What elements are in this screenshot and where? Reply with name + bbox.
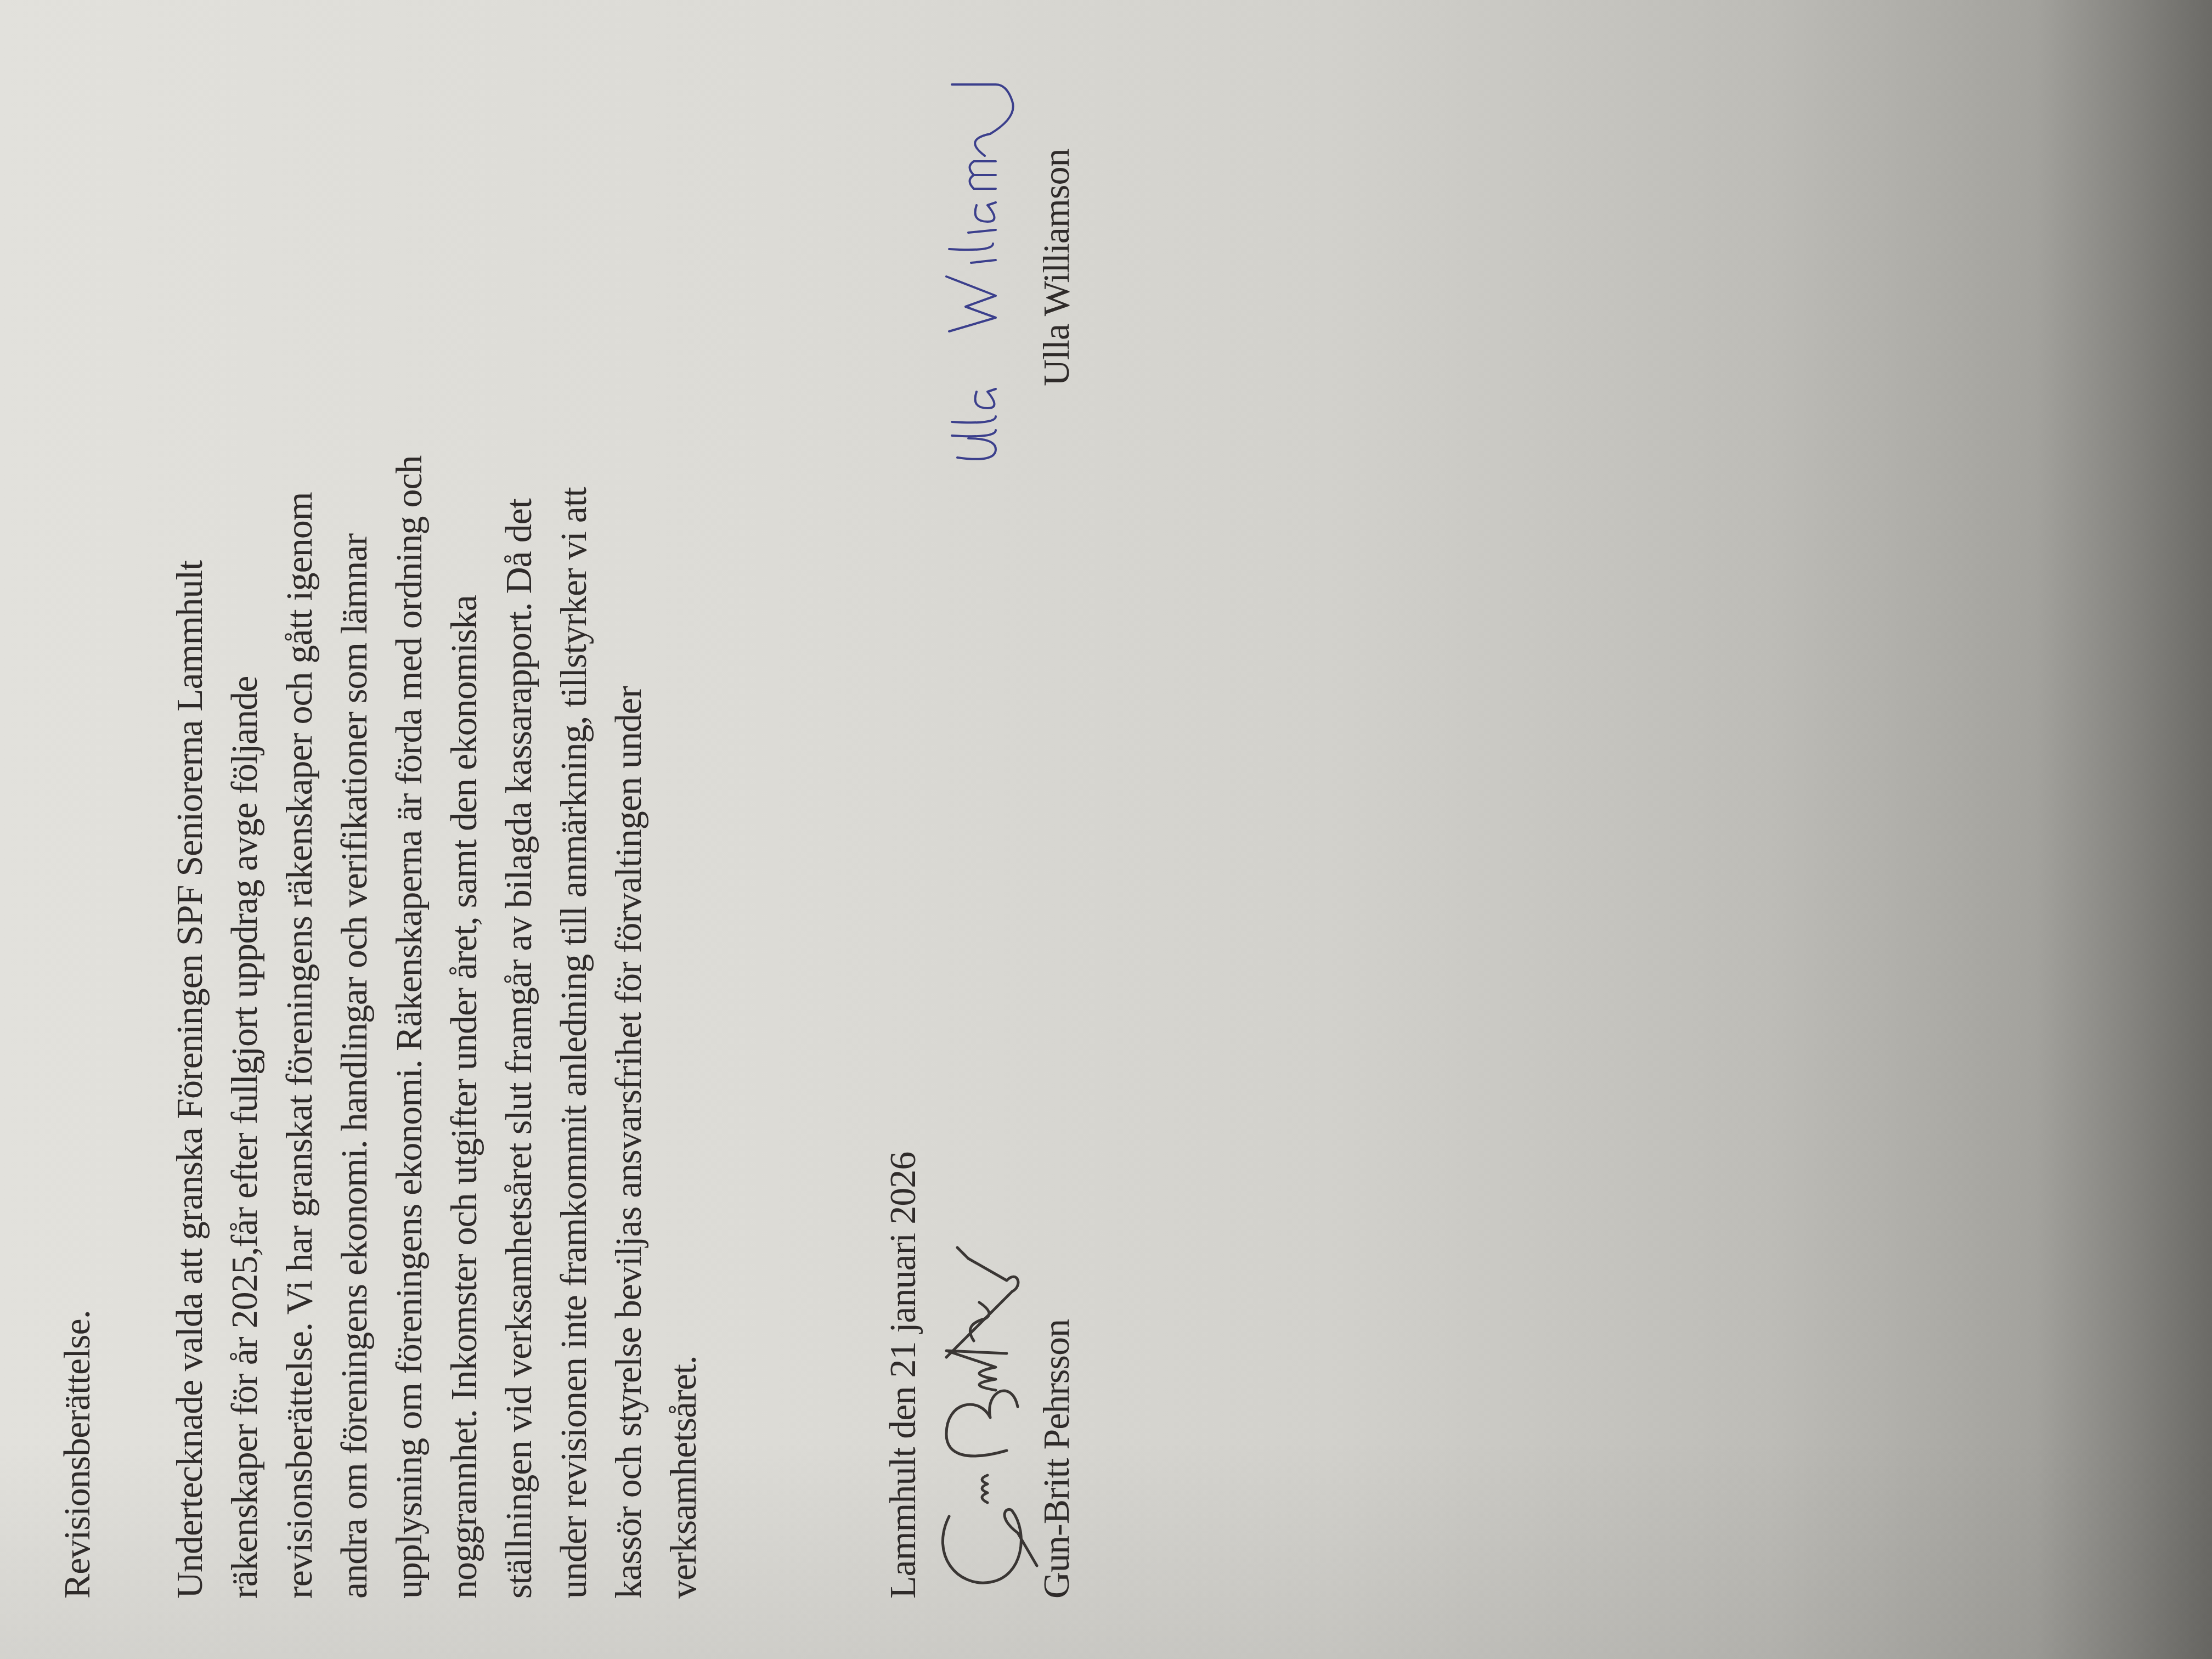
paragraph-line: andra om föreningens ekonomi. handlingar… [326,8,381,1599]
paragraph-line: kassör och styrelse beviljas ansvarsfrih… [601,8,656,1599]
paragraph-line: noggrannhet. Inkomster och utgifter unde… [436,8,491,1599]
paragraph-line: revisionsberättelse. Vi har granskat för… [272,8,326,1599]
signature-block-ulla: Ulla Williamson [935,35,1045,474]
paragraph-line: Undertecknade valda att granska Förening… [162,8,217,1599]
document-title: Revisionsberättelse. [49,8,104,1599]
paragraph-line: under revisionen inte framkommit anledni… [546,8,601,1599]
place-and-date: Lammhult den 21 januari 2026 [875,8,930,1599]
paragraph-line: räkenskaper för år 2025,får efter fullgj… [217,8,272,1599]
signature-block-gun-britt: Gun-Britt Pehrsson [935,1105,1045,1599]
document-page: Revisionsberättelse. Undertecknade valda… [0,0,2212,1659]
paragraph-line: upplysning om föreningens ekonomi. Räken… [381,8,436,1599]
paragraph-line: verksamhetsåret. [656,8,710,1599]
report-paragraph: Undertecknade valda att granska Förening… [162,8,710,1599]
signatory-name: Gun-Britt Pehrsson [1029,1319,1084,1599]
signatory-name: Ulla Williamson [1029,149,1084,386]
signature-row: Gun-Britt Pehrsson [935,8,1078,1599]
paragraph-line: ställningen vid verksamhetsåret slut fra… [491,8,546,1599]
document-body: Revisionsberättelse. Undertecknade valda… [49,8,1078,1599]
